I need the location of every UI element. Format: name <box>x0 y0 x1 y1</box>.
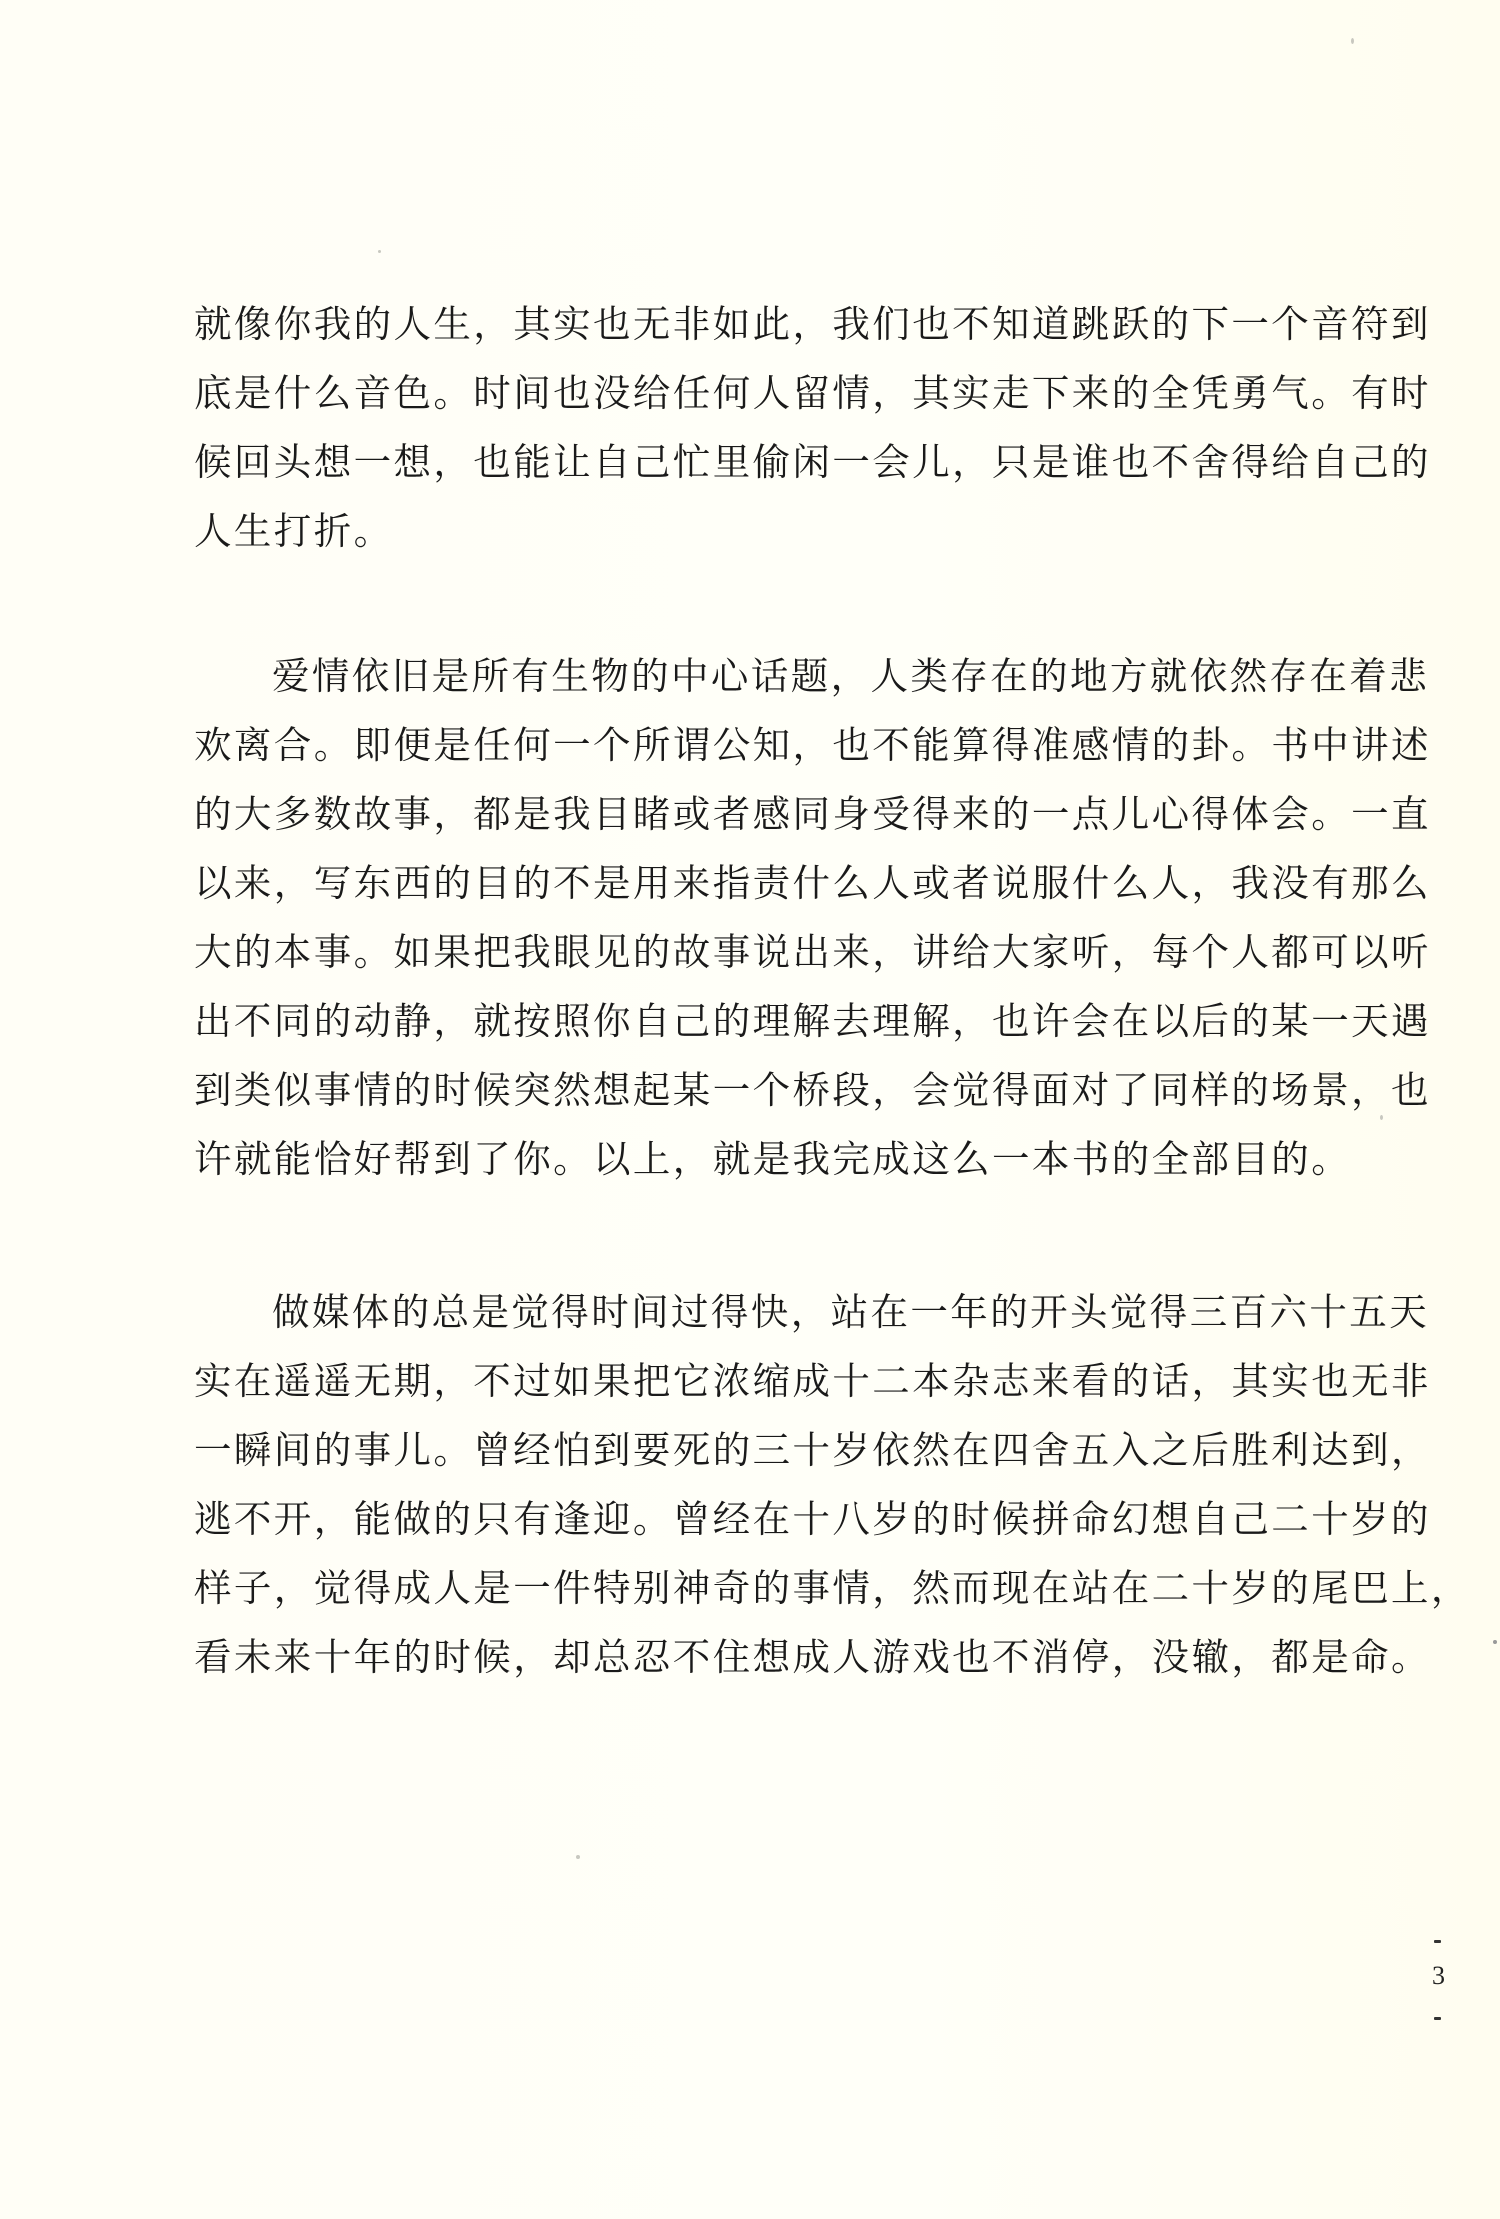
paragraph-1: 就像你我的人生，其实也无非如此，我们也不知道跳跃的下一个音符到 底是什么音色。时… <box>194 290 1324 566</box>
text-line: 做媒体的总是觉得时间过得快，站在一年的开头觉得三百六十五天 <box>194 1278 1324 1347</box>
page-number: 3 <box>1432 1958 1445 1994</box>
scan-speck <box>1493 1640 1497 1644</box>
text-line: 样子，觉得成人是一件特别神奇的事情，然而现在站在二十岁的尾巴上， <box>194 1554 1324 1623</box>
text-line: 大的本事。如果把我眼见的故事说出来，讲给大家听，每个人都可以听 <box>194 918 1324 987</box>
page-number-mark-bottom <box>1434 2017 1441 2020</box>
scan-speck <box>378 250 381 253</box>
text-line: 看未来十年的时候，却总忍不住想成人游戏也不消停，没辙，都是命。 <box>194 1623 1324 1692</box>
text-line: 实在遥遥无期，不过如果把它浓缩成十二本杂志来看的话，其实也无非 <box>194 1347 1324 1416</box>
scan-speck <box>576 1855 580 1859</box>
text-line: 以来，写东西的目的不是用来指责什么人或者说服什么人，我没有那么 <box>194 849 1324 918</box>
text-line: 底是什么音色。时间也没给任何人留情，其实走下来的全凭勇气。有时 <box>194 359 1324 428</box>
text-line: 一瞬间的事儿。曾经怕到要死的三十岁依然在四舍五入之后胜利达到， <box>194 1416 1324 1485</box>
text-line: 爱情依旧是所有生物的中心话题，人类存在的地方就依然存在着悲 <box>194 642 1324 711</box>
text-line: 就像你我的人生，其实也无非如此，我们也不知道跳跃的下一个音符到 <box>194 290 1324 359</box>
paragraph-2: 爱情依旧是所有生物的中心话题，人类存在的地方就依然存在着悲 欢离合。即便是任何一… <box>194 642 1324 1194</box>
text-line: 逃不开，能做的只有逢迎。曾经在十八岁的时候拼命幻想自己二十岁的 <box>194 1485 1324 1554</box>
book-page: 就像你我的人生，其实也无非如此，我们也不知道跳跃的下一个音符到 底是什么音色。时… <box>0 0 1500 2219</box>
text-line: 许就能恰好帮到了你。以上，就是我完成这么一本书的全部目的。 <box>194 1125 1324 1194</box>
text-line: 欢离合。即便是任何一个所谓公知，也不能算得准感情的卦。书中讲述 <box>194 711 1324 780</box>
text-line: 候回头想一想，也能让自己忙里偷闲一会儿，只是谁也不舍得给自己的 <box>194 428 1324 497</box>
scan-speck <box>1380 1115 1383 1120</box>
text-line: 的大多数故事，都是我目睹或者感同身受得来的一点儿心得体会。一直 <box>194 780 1324 849</box>
text-line: 人生打折。 <box>194 497 1324 566</box>
scan-speck <box>1351 38 1354 44</box>
paragraph-3: 做媒体的总是觉得时间过得快，站在一年的开头觉得三百六十五天 实在遥遥无期，不过如… <box>194 1278 1324 1692</box>
text-line: 到类似事情的时候突然想起某一个桥段，会觉得面对了同样的场景，也 <box>194 1056 1324 1125</box>
text-line: 出不同的动静，就按照你自己的理解去理解，也许会在以后的某一天遇 <box>194 987 1324 1056</box>
page-number-mark-top <box>1434 1940 1441 1943</box>
